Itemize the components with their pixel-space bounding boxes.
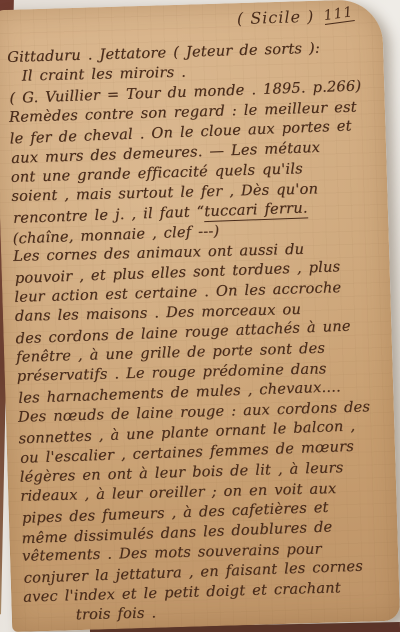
notebook-page: ( Sicile ) 111 Gittaduru . Jettatore ( J…: [0, 0, 400, 632]
handwritten-content: ( Sicile ) 111 Gittaduru . Jettatore ( J…: [0, 0, 400, 632]
manuscript-photo: ( Sicile ) 111 Gittaduru . Jettatore ( J…: [0, 0, 400, 632]
region-label: ( Sicile ): [237, 7, 315, 28]
manuscript-lines: Gittaduru . Jettatore ( Jeteur de sorts …: [7, 37, 386, 627]
page-number: 111: [323, 4, 355, 25]
